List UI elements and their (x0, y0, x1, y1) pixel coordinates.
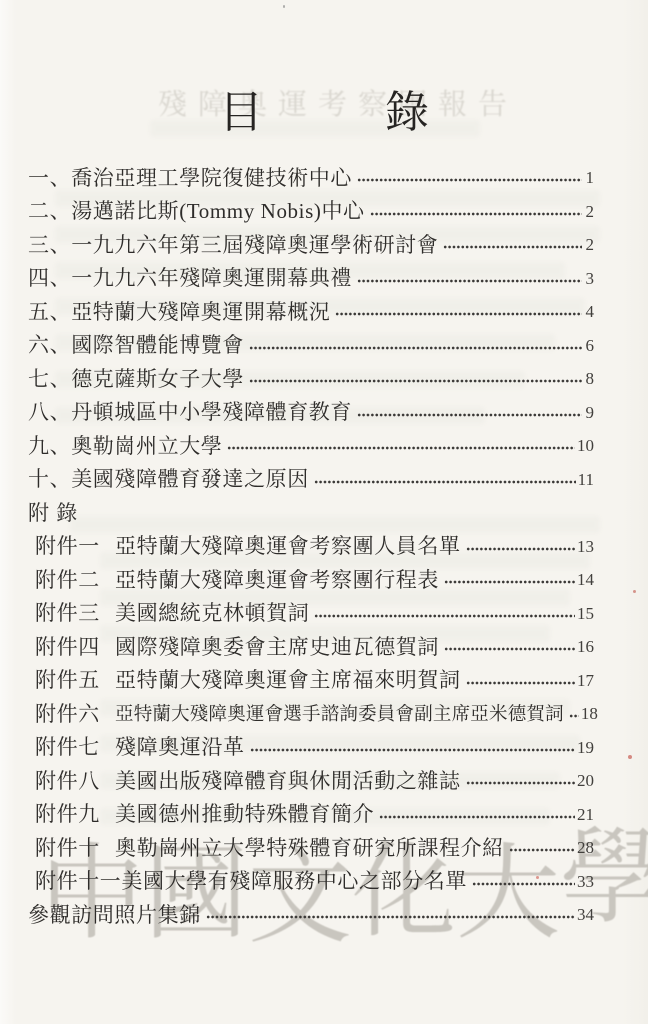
main-items: 一、喬治亞理工學院復健技術中心 1 二、湯邁諾比斯(Tommy Nobis)中心… (28, 160, 594, 495)
toc-appendix-row: 附件二 亞特蘭大殘障奧運會考察團行程表 14 (28, 562, 594, 596)
dot-leader (357, 412, 582, 418)
entry-title: 德克薩斯女子大學 (71, 363, 244, 393)
dot-leader (466, 780, 575, 786)
dot-leader (314, 613, 575, 619)
toc-appendix-row: 附件六 亞特蘭大殘障奧運會選手諮詢委員會副主席亞米德賀詞 18 (28, 696, 594, 730)
entry-page-number: 16 (577, 634, 594, 657)
entry-page-number: 21 (577, 802, 594, 825)
toc-main-row: 一、喬治亞理工學院復健技術中心 1 (28, 160, 594, 194)
toc-main-row: 九、奧勒崗州立大學 10 (28, 428, 594, 462)
toc-appendix-row: 附件十一 美國大學有殘障服務中心之部分名單 33 (28, 864, 594, 898)
entry-title: 美國出版殘障體育與休閒活動之雜誌 (115, 765, 461, 795)
entry-title: 奧勒崗州立大學特殊體育研究所課程介紹 (115, 832, 504, 862)
entry-title: 美國殘障體育發達之原因 (71, 463, 309, 493)
entry-page-number: 1 (584, 165, 594, 188)
page-title: 目 錄 (0, 88, 648, 139)
dot-leader (227, 445, 575, 451)
appendix-label: 附件三 (35, 597, 115, 627)
entry-title: 一九九六年殘障奧運開幕典禮 (71, 262, 352, 292)
appendix-label: 附件五 (35, 664, 115, 694)
dot-leader (472, 881, 575, 887)
dot-leader (569, 713, 579, 719)
appendix-label: 附件十 (35, 832, 115, 862)
appendix-label: 附件一 (35, 530, 115, 560)
dot-leader (357, 177, 582, 183)
appendix-label: 附件四 (35, 631, 115, 661)
entry-page-number: 11 (578, 467, 594, 490)
appendix-label: 附件十一 (35, 865, 121, 895)
scan-speck (628, 755, 632, 759)
appendix-label: 附件九 (35, 798, 115, 828)
entry-page-number: 3 (584, 266, 594, 289)
dot-leader (466, 680, 575, 686)
scan-speck (536, 876, 539, 879)
dot-leader (314, 479, 576, 485)
entry-title: 美國大學有殘障服務中心之部分名單 (121, 865, 467, 895)
dot-leader (335, 311, 582, 317)
entry-page-number: 19 (577, 735, 594, 758)
entry-page-number: 14 (577, 567, 594, 590)
entry-number: 七、 (28, 363, 71, 393)
entry-title: 一九九六年第三屆殘障奧運學術研討會 (71, 229, 438, 259)
entry-number: 六、 (28, 329, 71, 359)
entry-title: 美國德州推動特殊體育簡介 (115, 798, 374, 828)
entry-title: 殘障奧運沿革 (115, 731, 245, 761)
entry-page-number: 10 (577, 433, 594, 456)
appendix-label: 附件六 (35, 698, 115, 728)
entry-title: 亞特蘭大殘障奧運開幕概況 (71, 296, 330, 326)
toc-body: 一、喬治亞理工學院復健技術中心 1 二、湯邁諾比斯(Tommy Nobis)中心… (28, 160, 594, 931)
dot-leader (357, 278, 582, 284)
entry-number: 九、 (28, 430, 71, 460)
dot-leader (509, 847, 575, 853)
toc-main-row: 三、一九九六年第三屆殘障奧運學術研討會 2 (28, 227, 594, 261)
entry-number: 十、 (28, 463, 71, 493)
toc-appendix-row: 附件九 美國德州推動特殊體育簡介 21 (28, 797, 594, 831)
dot-leader (249, 345, 582, 351)
dot-leader (444, 579, 575, 585)
entry-title: 國際殘障奧委會主席史迪瓦德賀詞 (115, 631, 439, 661)
entry-title: 奧勒崗州立大學 (71, 430, 222, 460)
toc-appendix-row: 附件十 奧勒崗州立大學特殊體育研究所課程介紹 28 (28, 830, 594, 864)
entry-number: 一、 (28, 162, 71, 192)
scanned-toc-page: 殘障奧運考察團報告 目 錄 一、喬治亞理工學院復健技術中心 1 二、湯邁諾比斯(… (0, 0, 648, 1024)
entry-page-number: 18 (581, 701, 594, 724)
entry-title: 湯邁諾比斯(Tommy Nobis)中心 (71, 195, 364, 225)
entry-page-number: 33 (577, 869, 594, 892)
dot-leader (466, 546, 575, 552)
entry-title: 喬治亞理工學院復健技術中心 (71, 162, 352, 192)
toc-appendix-row: 附件五 亞特蘭大殘障奧運會主席福來明賀詞 17 (28, 663, 594, 697)
entry-title: 亞特蘭大殘障奧運會考察團人員名單 (115, 530, 461, 560)
entry-page-number: 8 (584, 366, 594, 389)
toc-main-row: 五、亞特蘭大殘障奧運開幕概況 4 (28, 294, 594, 328)
appendix-label: 附件七 (35, 731, 115, 761)
entry-page-number: 15 (577, 601, 594, 624)
toc-main-row: 六、國際智體能博覽會 6 (28, 328, 594, 362)
entry-page-number: 9 (584, 400, 594, 423)
appendix-label: 附件八 (35, 765, 115, 795)
entry-page-number: 20 (577, 768, 594, 791)
toc-main-row: 二、湯邁諾比斯(Tommy Nobis)中心 2 (28, 194, 594, 228)
appendix-heading-row: 附 錄 (28, 495, 594, 529)
entry-number: 八、 (28, 396, 71, 426)
entry-title: 國際智體能博覽會 (71, 329, 244, 359)
entry-number: 二、 (28, 195, 71, 225)
entry-page-number: 28 (577, 835, 594, 858)
dot-leader (443, 244, 582, 250)
dot-leader (250, 747, 575, 753)
scan-speck (633, 590, 636, 593)
entry-page-number: 4 (584, 299, 594, 322)
toc-appendix-row: 附件七 殘障奧運沿革 19 (28, 730, 594, 764)
entry-page-number: 2 (584, 199, 594, 222)
entry-number: 三、 (28, 229, 71, 259)
toc-appendix-row: 附件八 美國出版殘障體育與休閒活動之雜誌 20 (28, 763, 594, 797)
entry-page-number: 6 (584, 333, 594, 356)
page-title-char-right: 錄 (385, 88, 429, 139)
entry-title: 亞特蘭大殘障奧運會選手諮詢委員會副主席亞米德賀詞 (115, 700, 564, 726)
toc-main-row: 七、德克薩斯女子大學 8 (28, 361, 594, 395)
toc-appendix-row: 附件一 亞特蘭大殘障奧運會考察團人員名單 13 (28, 529, 594, 563)
entry-number: 五、 (28, 296, 71, 326)
entry-title: 丹頓城區中小學殘障體育教育 (71, 396, 352, 426)
toc-appendix-row: 附件三 美國總統克林頓賀詞 15 (28, 596, 594, 630)
entry-title: 參觀訪問照片集錦 (28, 899, 201, 929)
dot-leader (249, 378, 582, 384)
toc-row-photo-collection: 參觀訪問照片集錦 34 (28, 897, 594, 931)
dot-leader (370, 211, 582, 217)
dot-leader (444, 646, 575, 652)
toc-main-row: 八、丹頓城區中小學殘障體育教育 9 (28, 395, 594, 429)
toc-main-row: 四、一九九六年殘障奧運開幕典禮 3 (28, 261, 594, 295)
dot-leader (206, 914, 575, 920)
page-title-char-left: 目 (219, 88, 263, 139)
entry-number: 四、 (28, 262, 71, 292)
entry-title: 亞特蘭大殘障奧運會主席福來明賀詞 (115, 664, 461, 694)
entry-title: 美國總統克林頓賀詞 (115, 597, 309, 627)
appendix-heading-label: 附 錄 (28, 497, 78, 527)
entry-page-number: 17 (577, 668, 594, 691)
appendix-items: 附件一 亞特蘭大殘障奧運會考察團人員名單 13 附件二 亞特蘭大殘障奧運會考察團… (28, 529, 594, 898)
entry-page-number: 34 (577, 902, 594, 925)
appendix-label: 附件二 (35, 564, 115, 594)
dot-leader (379, 814, 575, 820)
toc-main-row: 十、美國殘障體育發達之原因 11 (28, 462, 594, 496)
toc-appendix-row: 附件四 國際殘障奧委會主席史迪瓦德賀詞 16 (28, 629, 594, 663)
entry-title: 亞特蘭大殘障奧運會考察團行程表 (115, 564, 439, 594)
scan-speck (283, 5, 285, 8)
entry-page-number: 2 (584, 232, 594, 255)
entry-page-number: 13 (577, 534, 594, 557)
